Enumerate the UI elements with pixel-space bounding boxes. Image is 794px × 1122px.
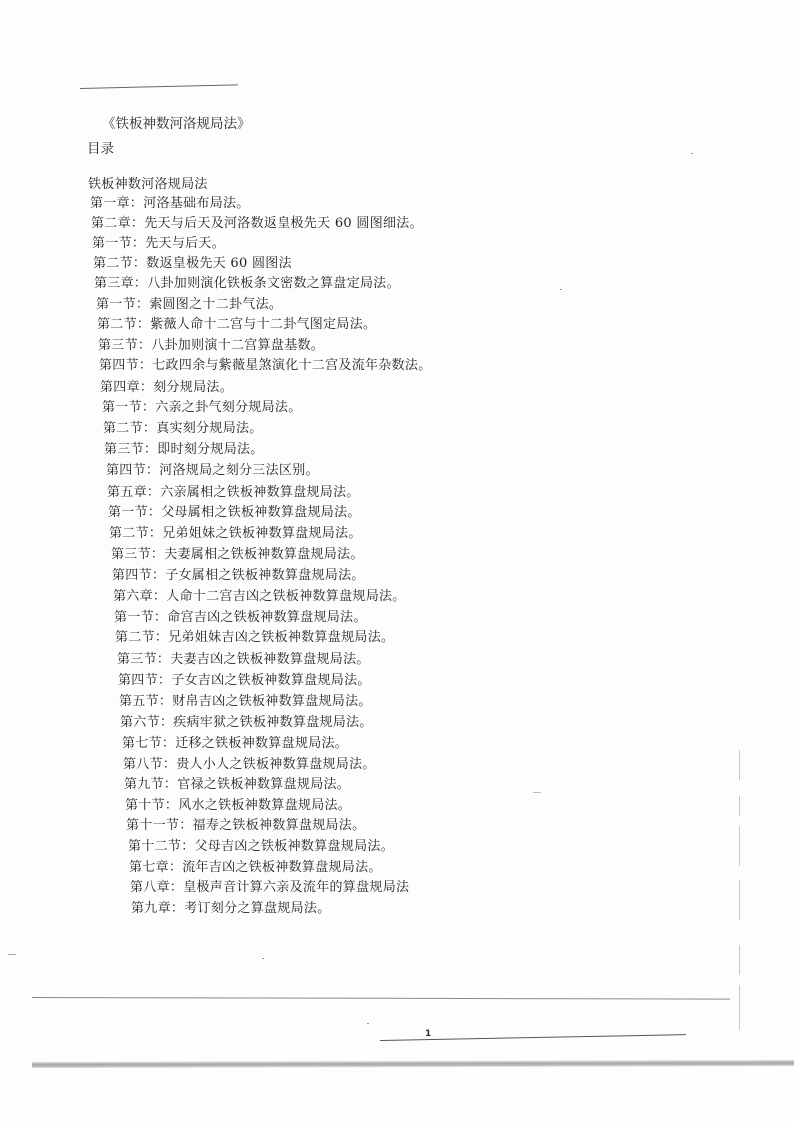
scan-speck [367,1023,369,1024]
toc-entry: 第二节：兄弟姐妹之铁板神数算盘规局法。 [109,526,362,542]
toc-heading: 目录 [87,137,114,157]
toc-entry: 第四节：子女吉凶之铁板神数算盘规局法。 [118,673,371,689]
toc-entry: 第一节：六亲之卦气刻分规局法。 [102,400,302,416]
toc-entry: 第三节：夫妻吉凶之铁板神数算盘规局法。 [117,652,370,668]
toc-entry: 第六节：疾病牢狱之铁板神数算盘规局法。 [120,715,373,731]
toc-entry: 第一章：河洛基础布局法。 [90,196,250,212]
margin-line [739,880,740,920]
toc-entry: 第五节：财帛吉凶之铁板神数算盘规局法。 [119,694,372,710]
scan-edge-band [32,1060,794,1068]
toc-entry: 第八章：皇极声音计算六亲及流年的算盘规局法 [130,880,409,896]
toc-entry: 第二节：兄弟姐妹吉凶之铁板神数算盘规局法。 [115,630,394,646]
toc-entry: 第四章：刻分规局法。 [100,380,233,396]
toc-entry: 第六章：人命十二宫吉凶之铁板神数算盘规局法。 [113,589,406,605]
toc-entry: 第十二节：父母吉凶之铁板神数算盘规局法。 [128,839,394,855]
toc-entry: 第四节：河洛规局之刻分三法区别。 [106,463,319,479]
scan-speck [691,153,693,154]
toc-entry: 第三节：即时刻分规局法。 [104,442,264,458]
scan-speck [262,958,264,959]
page-number: 1 [425,1029,431,1039]
document-title: 《铁板神数河洛规局法》 [102,112,251,132]
toc-entry: 第二节：数返皇极先天 60 圆图法 [93,256,292,272]
scan-speck [533,792,541,793]
toc-entry: 第七节：迁移之铁板神数算盘规局法。 [122,736,348,752]
footer-rule [32,997,730,1000]
scan-speck [8,954,16,955]
toc-entry: 铁板神数河洛规局法 [88,177,208,193]
toc-entry: 第二节：紫薇人命十二宫与十二卦气图定局法。 [97,317,376,333]
header-rule [80,84,238,89]
scan-speck [560,289,562,290]
toc-entry: 第九节：官禄之铁板神数算盘规局法。 [124,777,350,793]
margin-line [739,985,740,1030]
toc-entry: 第四节：子女属相之铁板神数算盘规局法。 [112,568,365,584]
toc-entry: 第三章：八卦加则演化铁板条文密数之算盘定局法。 [94,276,400,292]
margin-line [739,750,740,780]
toc-entry: 第七章：流年吉凶之铁板神数算盘规局法。 [129,860,382,876]
toc-entry: 第一节：父母属相之铁板神数算盘规局法。 [108,505,361,521]
scanned-page: 《铁板神数河洛规局法》 目录 铁板神数河洛规局法第一章：河洛基础布局法。第二章：… [0,0,794,1122]
toc-entry: 第二节：真实刻分规局法。 [103,421,263,437]
toc-entry: 第五章：六亲属相之铁板神数算盘规局法。 [107,485,360,501]
margin-line [739,796,740,816]
margin-line [739,945,740,975]
toc-entry: 第八节：贵人小人之铁板神数算盘规局法。 [123,757,376,773]
margin-line [739,826,740,866]
toc-entry: 第十节：风水之铁板神数算盘规局法。 [125,798,351,814]
toc-entry: 第九章：考订刻分之算盘规局法。 [131,901,331,917]
toc-entry: 第一节：索圆图之十二卦气法。 [96,297,282,313]
toc-entry: 第二章：先天与后天及河洛数返皇极先天 60 圆图细法。 [91,216,423,232]
toc-entry: 第三节：夫妻属相之铁板神数算盘规局法。 [111,547,364,563]
toc-entry: 第一节：命宫吉凶之铁板神数算盘规局法。 [114,610,367,626]
toc-entry: 第一节：先天与后天。 [92,236,225,252]
toc-entry: 第十一节：福寿之铁板神数算盘规局法。 [126,818,365,834]
toc-entry: 第三节：八卦加则演十二宫算盘基数。 [98,338,324,354]
toc-entry: 第四节：七政四余与紫薇星煞演化十二宫及流年杂数法。 [99,358,432,374]
